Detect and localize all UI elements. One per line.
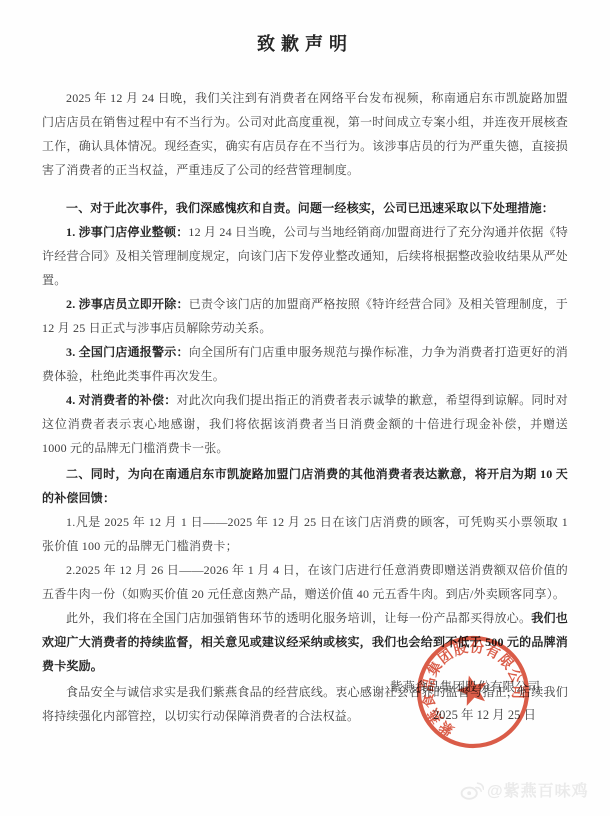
section1-item-4: 4. 对消费者的补偿：对此次向我们提出指正的消费者表示诚挚的歉意，希望得到谅解。… — [42, 388, 568, 460]
section1-item-1: 1. 涉事门店停业整顿：12 月 24 日当晚，公司与当地经销商/加盟商进行了充… — [42, 220, 568, 292]
transparency-paragraph: 此外，我们将在全国门店加强销售环节的透明化服务培训，让每一份产品都买得放心。我们… — [42, 606, 568, 678]
weibo-watermark: @紫燕百味鸡 — [460, 778, 589, 801]
section2-item-1: 1.凡是 2025 年 12 月 1 日——2025 年 12 月 25 日在该… — [42, 510, 568, 558]
document-title: 致歉声明 — [42, 30, 568, 56]
signature-date: 2025 年 12 月 25 日 — [390, 706, 540, 724]
transparency-paragraph-text: 此外，我们将在全国门店加强销售环节的透明化服务培训，让每一份产品都买得放心。 — [66, 611, 531, 625]
section1-item-2: 2. 涉事店员立即开除：已责令该门店的加盟商严格按照《特许经营合同》及相关管理制… — [42, 292, 568, 340]
section2-heading: 二、同时，为向在南通启东市凯旋路加盟门店消费的其他消费者表达歉意，将开启为期 1… — [42, 462, 568, 510]
section2-item-2: 2.2025 年 12 月 26 日——2026 年 1 月 4 日，在该门店进… — [42, 558, 568, 606]
section1-item-3: 3. 全国门店通报警示：向全国所有门店重申服务规范与操作标准，力争为消费者打造更… — [42, 340, 568, 388]
section1-item-2-lead: 2. 涉事店员立即开除： — [66, 297, 189, 311]
section1-heading: 一、对于此次事件，我们深感愧疚和自责。问题一经核实，公司已迅速采取以下处理措施： — [42, 196, 568, 220]
section1-item-3-lead: 3. 全国门店通报警示： — [66, 345, 189, 359]
signature-block: 紫燕食品集团股份有限公司 2025 年 12 月 25 日 — [390, 678, 540, 724]
apology-document-page: 致歉声明 2025 年 12 月 24 日晚，我们关注到有消费者在网络平台发布视… — [0, 0, 610, 816]
company-name: 紫燕食品集团股份有限公司 — [390, 678, 540, 696]
section1-item-4-lead: 4. 对消费者的补偿： — [66, 393, 177, 407]
watermark-handle: @紫燕百味鸡 — [487, 778, 589, 801]
section1-item-1-lead: 1. 涉事门店停业整顿： — [66, 225, 188, 239]
weibo-icon — [460, 779, 484, 801]
intro-paragraph: 2025 年 12 月 24 日晚，我们关注到有消费者在网络平台发布视频，称南通… — [42, 86, 568, 182]
